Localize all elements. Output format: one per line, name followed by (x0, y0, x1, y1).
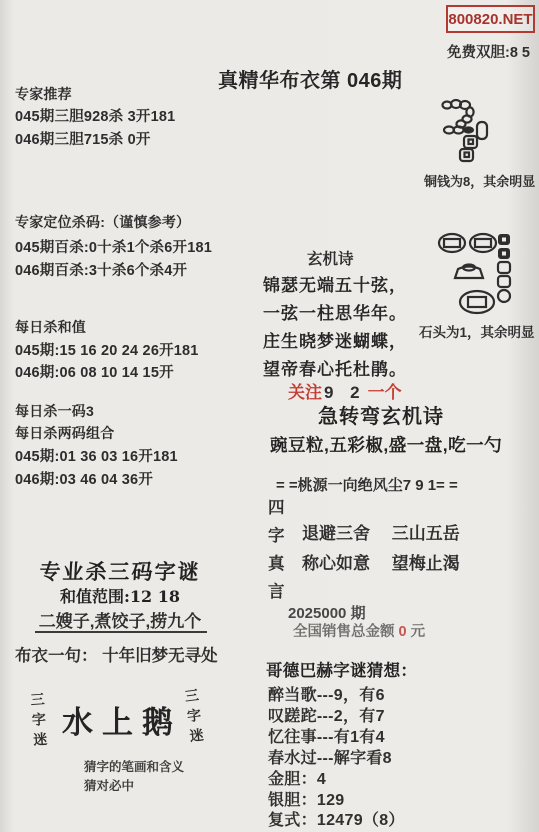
daily-kill-two-title: 每日杀两码组合 (15, 423, 114, 443)
motto-row-2: 称心如意 望梅止渴 (302, 549, 460, 574)
three-char-label-left: 三字迷 (27, 691, 53, 778)
daily-kill-sum-line-046: 046期:06 08 10 14 15开 (15, 361, 174, 382)
three-char-label-right: 三字迷 (181, 687, 211, 775)
goldbach-compound: 复式：12479（8） (268, 807, 405, 830)
expert-recommend-line-046: 046期三胆715杀 0开 (15, 128, 151, 149)
goldbach-line-1: 醉当歌---9，有6 (268, 682, 385, 705)
goldbach-title: 哥德巴赫字谜猜想： (266, 657, 417, 681)
page-title: 真精华布衣第 046期 (218, 64, 402, 93)
sharp-turn-title: 急转弯玄机诗 (318, 400, 444, 429)
riddle-clue: 二嫂子,煮饺子,捞九个 (20, 607, 220, 632)
stone-puzzle-caption: 石头为1，其余明显 (419, 321, 535, 341)
focus-prefix: 关注 (288, 383, 322, 402)
daily-kill-two-line-045: 045期:01 36 03 16开181 (15, 445, 178, 466)
motto-char-2: 字 (268, 522, 285, 546)
coin-chain-drawing (437, 97, 507, 165)
xuanji-title: 玄机诗 (307, 247, 354, 269)
daily-kill-sum-title: 每日杀和值 (15, 317, 86, 337)
free-double-dan: 免费双胆:8 5 (447, 41, 530, 62)
goldbach-line-3: 忆往事---有1有4 (268, 724, 385, 747)
xuanji-line-1: 锦瑟无端五十弦， (263, 271, 407, 296)
stone-coin-drawing (435, 232, 517, 318)
daily-kill-one-title: 每日杀一码3 (15, 401, 94, 421)
goldbach-line-4: 春水过---解字看8 (268, 745, 392, 768)
sales-suffix: 元 (407, 624, 426, 640)
xuanji-line-3: 庄生晓梦迷蝴蝶， (263, 327, 407, 352)
position-kill-line-046: 046期百杀:3十杀6个杀4开 (15, 259, 187, 280)
sales-prefix: 全国销售总金额 (293, 624, 399, 640)
riddle-hint-2: 猜对必中 (84, 776, 134, 794)
riddle-hint-1: 猜字的笔画和含义 (84, 757, 184, 775)
lottery-tip-sheet: 800820.NET 免费双胆:8 5 真精华布衣第 046期 专家推荐 045… (0, 0, 539, 832)
coin-puzzle-caption: 铜钱为8，其余明显 (424, 171, 535, 190)
xuanji-line-2: 一弦一柱思华年。 (263, 299, 407, 324)
motto-char-4: 言 (268, 578, 285, 602)
position-kill-line-045: 045期百杀:0十杀1个杀6开181 (15, 236, 212, 257)
three-code-riddle-title: 专业杀三码字谜 (19, 556, 221, 586)
sum-range: 和值范围:12 18 (20, 584, 220, 607)
goldbach-gold-dan: 金胆：4 (268, 766, 326, 789)
motto-row-1: 退避三舍 三山五岳 (302, 519, 460, 544)
expert-recommend-line-045: 045期三胆928杀 3开181 (15, 105, 175, 126)
sales-amount: 0 (399, 624, 407, 640)
motto-char-1: 四 (268, 494, 285, 518)
site-watermark-box: 800820.NET (446, 5, 535, 33)
daily-kill-sum-line-045: 045期:15 16 20 24 26开181 (15, 339, 199, 360)
goldbach-line-2: 叹蹉跎---2，有7 (268, 703, 385, 726)
sharp-turn-line: 豌豆粒,五彩椒,盛一盘,吃一勺 (270, 432, 502, 457)
site-watermark: 800820.NET (448, 11, 532, 28)
daily-kill-two-line-046: 046期:03 46 04 36开 (15, 468, 153, 489)
divider-line (35, 631, 207, 633)
xuanji-line-4: 望帝春心托杜鹃。 (263, 355, 407, 380)
three-char-answer: 水上鹅 (62, 697, 182, 742)
motto-char-3: 真 (268, 550, 285, 574)
sales-total: 全国销售总金额 0 元 (293, 620, 425, 641)
buyi-sentence: 布衣一句： 十年旧梦无寻处 (15, 642, 218, 666)
position-kill-title: 专家定位杀码:（谨慎参考） (15, 212, 190, 232)
taoyuan-line: = =桃源一向绝风尘7 9 1= = (276, 474, 458, 495)
expert-recommend-title: 专家推荐 (15, 84, 72, 104)
